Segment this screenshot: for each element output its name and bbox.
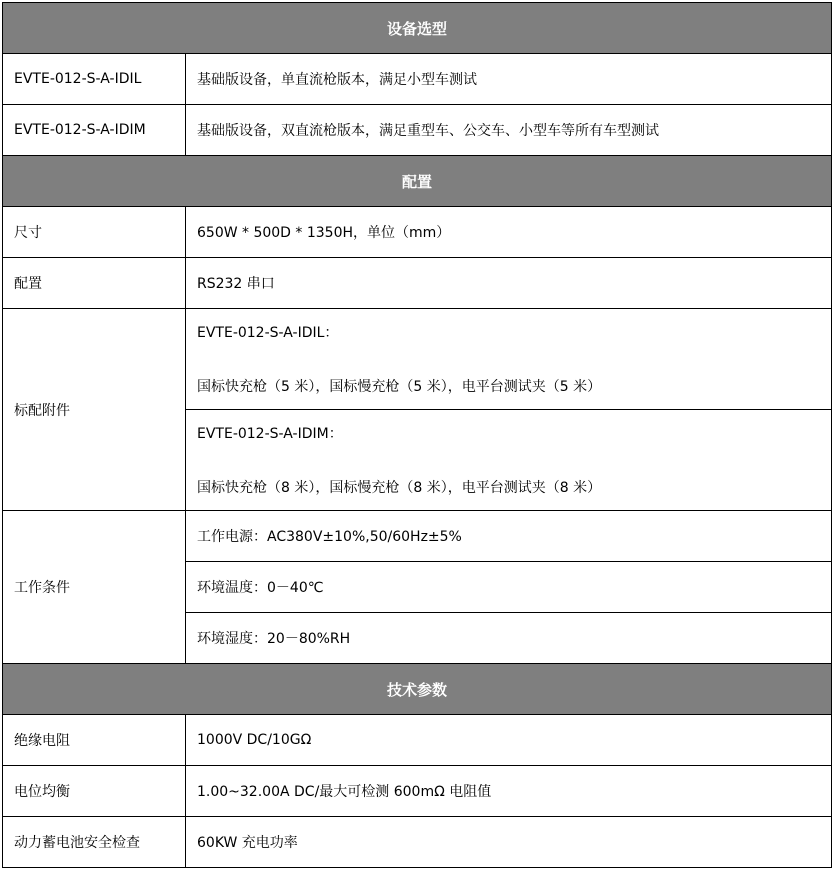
spec-label: 尺寸 xyxy=(3,207,186,258)
table-row: 电位均衡 1.00~32.00A DC/最大可检测 600mΩ 电阻值 xyxy=(3,766,832,817)
accessories-item: EVTE-012-S-A-IDIM： 国标快充枪（8 米），国标慢充枪（8 米）… xyxy=(186,410,832,511)
param-value: 1000V DC/10GΩ xyxy=(186,715,832,766)
model-label: EVTE-012-S-A-IDIL xyxy=(3,54,186,105)
accessory-contents: 国标快充枪（8 米），国标慢充枪（8 米），电平台测试夹（8 米） xyxy=(197,478,831,498)
table-row: EVTE-012-S-A-IDIL 基础版设备，单直流枪版本，满足小型车测试 xyxy=(3,54,832,105)
model-description: 基础版设备，单直流枪版本，满足小型车测试 xyxy=(186,54,832,105)
conditions-label: 工作条件 xyxy=(3,511,186,664)
table-row: 尺寸 650W * 500D * 1350H，单位（mm） xyxy=(3,207,832,258)
condition-humidity: 环境湿度：20－80%RH xyxy=(186,613,832,664)
section-header-model-selection: 设备选型 xyxy=(3,3,832,54)
table-row-accessories: 标配附件 EVTE-012-S-A-IDIL： 国标快充枪（5 米），国标慢充枪… xyxy=(3,309,832,410)
accessory-model: EVTE-012-S-A-IDIL： xyxy=(197,323,831,343)
spec-value: RS232 串口 xyxy=(186,258,832,309)
condition-temperature: 环境温度：0－40℃ xyxy=(186,562,832,613)
model-label: EVTE-012-S-A-IDIM xyxy=(3,105,186,156)
table-row: 绝缘电阻 1000V DC/10GΩ xyxy=(3,715,832,766)
accessory-contents: 国标快充枪（5 米），国标慢充枪（5 米），电平台测试夹（5 米） xyxy=(197,377,831,397)
section-title: 技术参数 xyxy=(3,664,832,715)
param-label: 电位均衡 xyxy=(3,766,186,817)
table-row: 动力蓄电池安全检查 60KW 充电功率 xyxy=(3,817,832,868)
spec-table: 设备选型 EVTE-012-S-A-IDIL 基础版设备，单直流枪版本，满足小型… xyxy=(2,2,832,868)
section-header-technical-parameters: 技术参数 xyxy=(3,664,832,715)
section-title: 配置 xyxy=(3,156,832,207)
section-title: 设备选型 xyxy=(3,3,832,54)
param-value: 60KW 充电功率 xyxy=(186,817,832,868)
accessories-item: EVTE-012-S-A-IDIL： 国标快充枪（5 米），国标慢充枪（5 米）… xyxy=(186,309,832,410)
table-row: 配置 RS232 串口 xyxy=(3,258,832,309)
condition-power: 工作电源：AC380V±10%,50/60Hz±5% xyxy=(186,511,832,562)
section-header-configuration: 配置 xyxy=(3,156,832,207)
param-value: 1.00~32.00A DC/最大可检测 600mΩ 电阻值 xyxy=(186,766,832,817)
accessory-model: EVTE-012-S-A-IDIM： xyxy=(197,424,831,444)
param-label: 动力蓄电池安全检查 xyxy=(3,817,186,868)
table-row: EVTE-012-S-A-IDIM 基础版设备，双直流枪版本，满足重型车、公交车… xyxy=(3,105,832,156)
param-label: 绝缘电阻 xyxy=(3,715,186,766)
spec-value: 650W * 500D * 1350H，单位（mm） xyxy=(186,207,832,258)
accessories-label: 标配附件 xyxy=(3,309,186,511)
spec-label: 配置 xyxy=(3,258,186,309)
table-row-conditions: 工作条件 工作电源：AC380V±10%,50/60Hz±5% xyxy=(3,511,832,562)
model-description: 基础版设备，双直流枪版本，满足重型车、公交车、小型车等所有车型测试 xyxy=(186,105,832,156)
